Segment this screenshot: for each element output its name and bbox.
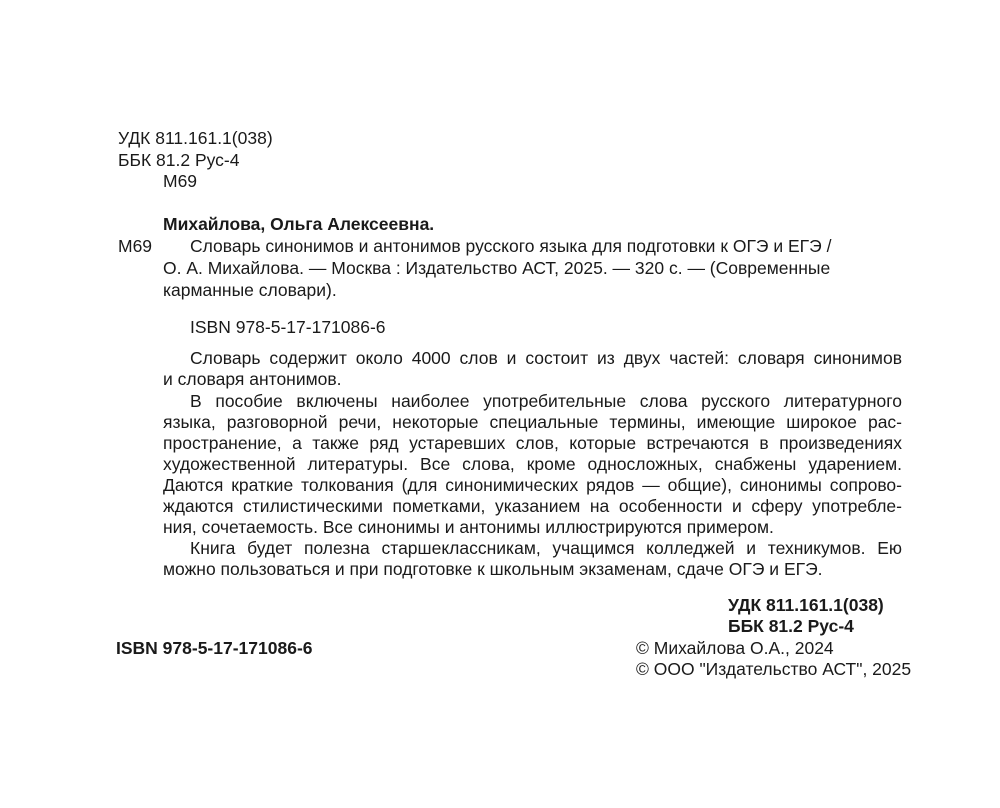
annotation-line: пространение, а также ряд устаревших сло… bbox=[163, 433, 902, 453]
annotation-line: Словарь содержит около 4000 слов и состо… bbox=[190, 348, 902, 368]
record-isbn: ISBN 978-5-17-171086-6 bbox=[190, 317, 386, 337]
udk-code-bottom: УДК 811.161.1(038) bbox=[728, 595, 884, 615]
annotation-line: художественной литературы. Все слова, кр… bbox=[163, 454, 902, 474]
udk-code: УДК 811.161.1(038) bbox=[118, 128, 273, 148]
annotation-line: ния, сочетаемость. Все синонимы и антони… bbox=[163, 517, 774, 537]
copyright-author: © Михайлова О.А., 2024 bbox=[636, 638, 834, 658]
title-line-2: О. А. Михайлова. — Москва : Издательство… bbox=[163, 258, 830, 278]
annotation-line: Книга будет полезна старшеклассникам, уч… bbox=[190, 538, 902, 558]
author-mark: М69 bbox=[163, 171, 197, 191]
annotation-line: Даются краткие толкования (для синонимич… bbox=[163, 475, 902, 495]
footer-isbn: ISBN 978-5-17-171086-6 bbox=[116, 638, 313, 658]
annotation-line: языка, разговорной речи, некоторые специ… bbox=[163, 412, 902, 432]
title-line-3: карманные словари). bbox=[163, 280, 337, 300]
annotation-line: можно пользоваться и при подготовке к шк… bbox=[163, 559, 823, 579]
annotation-line: В пособие включены наиболее употребитель… bbox=[190, 391, 902, 411]
author-heading: Михайлова, Ольга Алексеевна. bbox=[163, 214, 434, 234]
annotation-line: ждаются стилистическими пометками, указа… bbox=[163, 496, 902, 516]
title-line-1: Словарь синонимов и антонимов русского я… bbox=[190, 236, 831, 256]
record-author-mark: М69 bbox=[118, 236, 152, 256]
annotation-line: и словаря антонимов. bbox=[163, 369, 342, 389]
bbk-code-bottom: ББК 81.2 Рус-4 bbox=[728, 616, 854, 636]
copyright-publisher: © ООО "Издательство АСТ", 2025 bbox=[636, 659, 911, 679]
bbk-code: ББК 81.2 Рус-4 bbox=[118, 150, 239, 170]
